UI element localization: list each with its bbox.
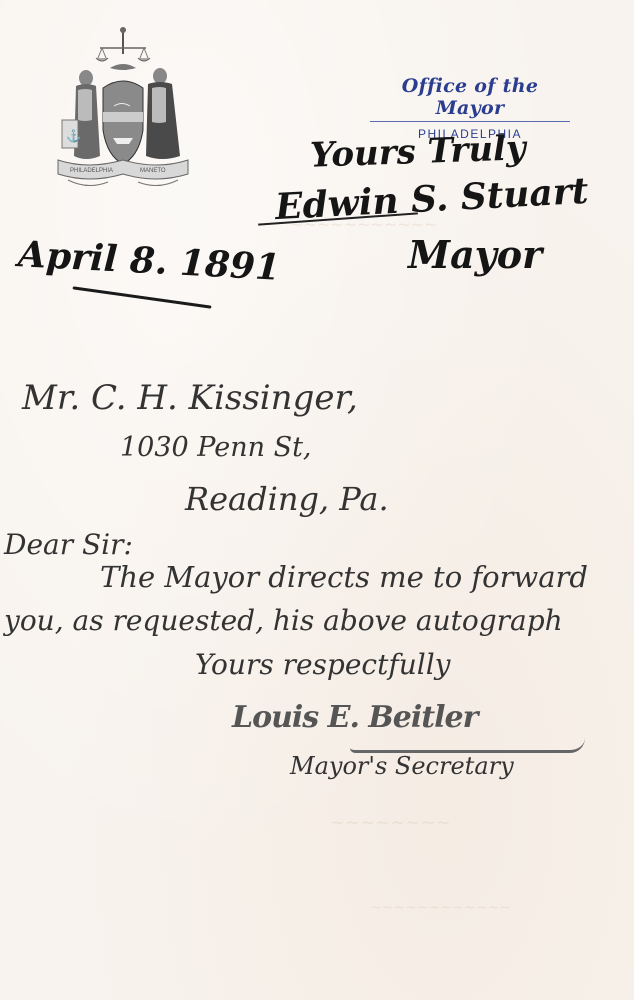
svg-text:PHILADELPHIA: PHILADELPHIA: [70, 168, 113, 174]
recipient-street: 1030 Penn St,: [120, 432, 312, 463]
bleed-through-text: ~~~~~~~~~~~~: [370, 900, 511, 916]
recipient-name: Mr. C. H. Kissinger,: [22, 378, 358, 418]
body-line-2: you, as requested, his above autograph: [4, 604, 563, 637]
bleed-through-text: ~~~~~~~~: [330, 812, 451, 833]
letter-closing: Yours respectfully: [195, 648, 450, 681]
body-line-1: The Mayor directs me to forward: [100, 560, 588, 594]
recipient-city: Reading, Pa.: [185, 480, 389, 518]
svg-text:MANETO: MANETO: [140, 168, 166, 174]
secretary-signature: Louis E. Beitler: [232, 700, 477, 735]
salutation: Dear Sir:: [4, 528, 133, 561]
letterhead-title: Office of the Mayor: [370, 75, 570, 122]
secretary-title: Mayor's Secretary: [290, 752, 514, 780]
mayor-title: Mayor: [408, 232, 542, 277]
svg-text:⚓: ⚓: [66, 129, 81, 143]
coat-of-arms-icon: ⚓ PHILADELPHIA MANETO: [48, 10, 198, 195]
secretary-flourish: [350, 738, 585, 753]
mayor-closing: Yours Truly: [309, 128, 526, 176]
